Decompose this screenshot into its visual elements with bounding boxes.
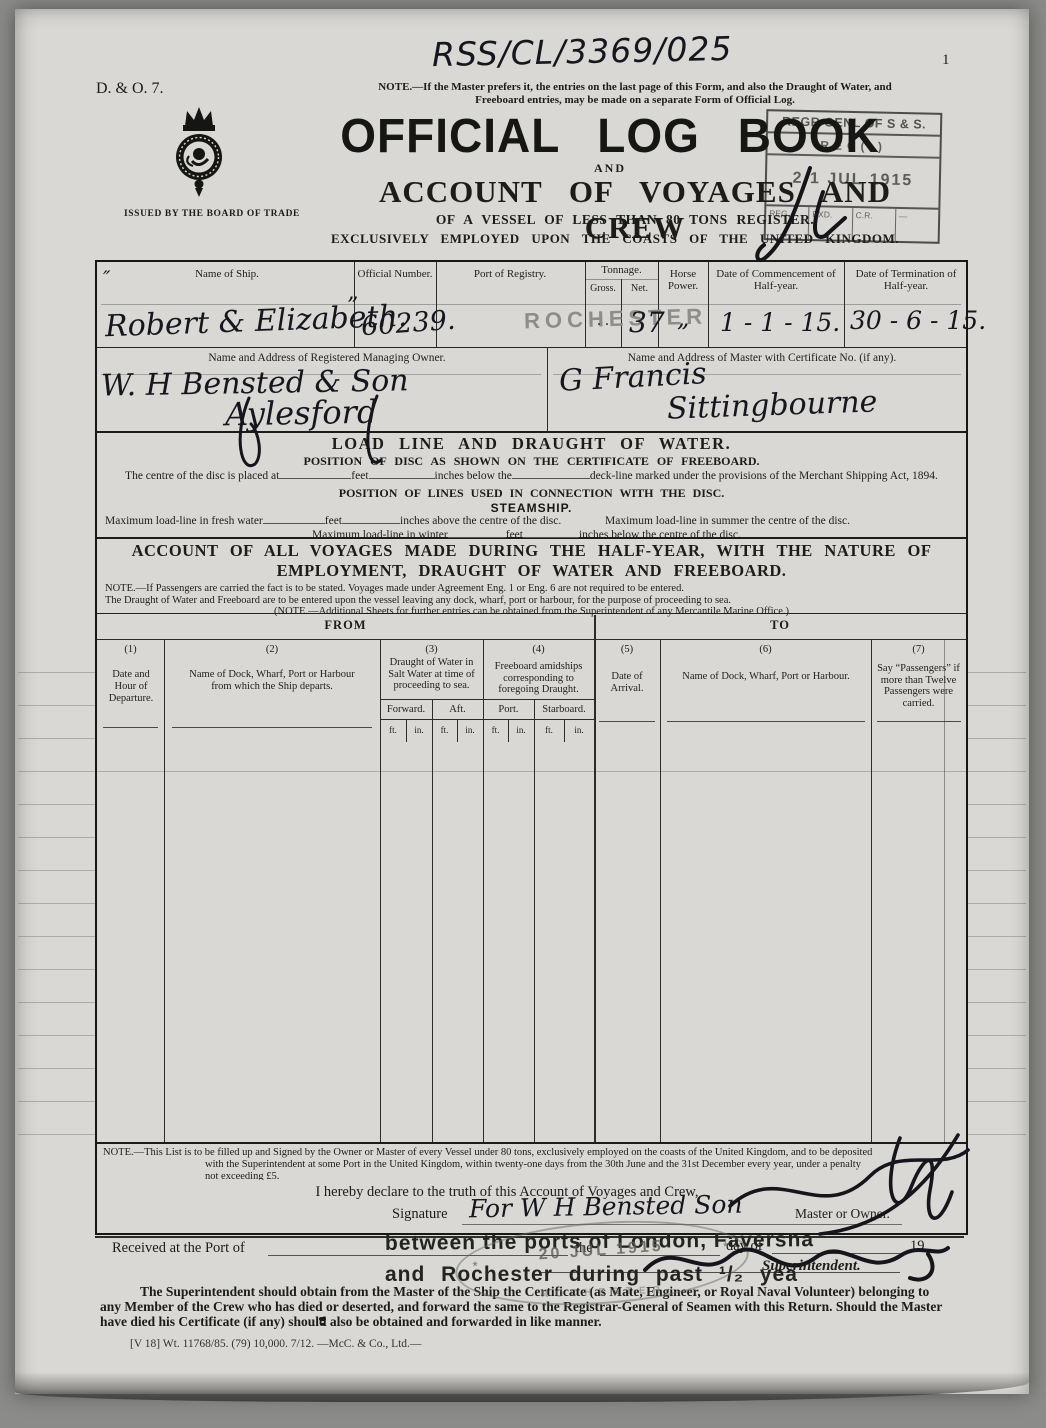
unit-in-3: in. bbox=[508, 725, 534, 735]
header-gross: Gross. bbox=[585, 283, 621, 294]
col6-label: Name of Dock, Wharf, Port or Harbour. bbox=[682, 671, 850, 683]
voyages-note3: (NOTE.—Additional Sheets for further ent… bbox=[97, 606, 966, 617]
col3-number: (3) bbox=[380, 644, 483, 655]
owner-label: Name and Address of Registered Managing … bbox=[117, 352, 537, 364]
fresh-post: inches above the centre of the disc. bbox=[400, 515, 561, 527]
col7-label: Say “Passengers” if more than Twelve Pas… bbox=[875, 663, 962, 709]
commencement-value: 1 - 1 - 15. bbox=[720, 308, 840, 337]
feet-label-2: feet bbox=[325, 515, 342, 527]
summer-line: Maximum load-line in summer the centre o… bbox=[605, 515, 850, 527]
termination-value: 30 - 6 - 15. bbox=[850, 306, 986, 335]
col4-sub-port: Port. bbox=[483, 704, 534, 715]
col6-number: (6) bbox=[660, 644, 871, 655]
header-net: Net. bbox=[621, 283, 658, 294]
master-address-value: Sittingbourne bbox=[666, 384, 877, 426]
col3-label: Draught of Water in Salt Water at time o… bbox=[383, 657, 480, 692]
signature-label: Signature bbox=[392, 1206, 448, 1223]
horse-power-ditto: „ bbox=[677, 304, 689, 332]
voyage-table: FROM TO (1) (2) (3) (4) (5) (6) (7) Date… bbox=[97, 615, 966, 1142]
main-title: OFFICIAL LOG BOOK bbox=[330, 107, 890, 164]
col2-number: (2) bbox=[164, 644, 380, 655]
master-owner-signature-scrawl bbox=[700, 1130, 980, 1242]
col4-label: Freeboard amidships corresponding to for… bbox=[486, 661, 591, 696]
col4-sub-starboard: Starboard. bbox=[534, 704, 594, 715]
unit-ft-1: ft. bbox=[380, 725, 406, 735]
disc-centre-mid: inches below the bbox=[435, 470, 512, 482]
voyages-note2: The Draught of Water and Freeboard are t… bbox=[105, 595, 961, 606]
voyages-heading-line2: EMPLOYMENT, DRAUGHT OF WATER AND FREEBOA… bbox=[97, 561, 966, 581]
owner-signature-descenders bbox=[217, 394, 417, 489]
unit-ft-2: ft. bbox=[432, 725, 457, 735]
top-note-line1: NOTE.—If the Master prefers it, the entr… bbox=[320, 81, 950, 93]
oval-stamp-star-left: * bbox=[472, 1259, 478, 1273]
to-group-header: TO bbox=[594, 618, 966, 633]
scanned-log-book-page: { "page": { "ref": "RSS/CL/3369/025", "p… bbox=[0, 0, 1046, 1428]
unit-in-1: in. bbox=[406, 725, 432, 735]
col7-number: (7) bbox=[871, 644, 966, 655]
page-number: 1 bbox=[942, 52, 950, 69]
col3-sub-aft: Aft. bbox=[432, 704, 483, 715]
col1-label: Date and Hour of Departure. bbox=[101, 669, 161, 705]
form-code: D. & O. 7. bbox=[96, 80, 164, 98]
col2-label: Name of Dock, Wharf, Port or Harbour fro… bbox=[182, 669, 362, 693]
col3-sub-forward: Forward. bbox=[380, 704, 432, 715]
printers-code: [V 18] Wt. 11768/85. (79) 10,000. 7/12. … bbox=[130, 1338, 421, 1350]
header-official-number: Official Number. bbox=[355, 268, 435, 280]
from-group-header: FROM bbox=[97, 618, 594, 633]
header-name-of-ship: Name of Ship. bbox=[157, 268, 297, 280]
col1-number: (1) bbox=[97, 644, 164, 655]
received-at-port-label: Received at the Port of bbox=[112, 1240, 245, 1257]
header-horse-power: Horse Power. bbox=[663, 268, 703, 292]
header-port-of-registry: Port of Registry. bbox=[437, 268, 583, 280]
fresh-pre: Maximum load-line in fresh water bbox=[105, 515, 263, 527]
ink-mark bbox=[319, 1317, 326, 1321]
header-commencement: Date of Commencement of Half-year. bbox=[714, 268, 838, 292]
official-number-value: 60239. bbox=[360, 305, 456, 343]
col4-number: (4) bbox=[483, 644, 594, 655]
pen-initials-squiggle bbox=[735, 158, 955, 268]
disc-centre-post: deck-line marked under the provisions of… bbox=[590, 470, 938, 482]
superintendent-label: Superintendent. bbox=[762, 1258, 861, 1275]
issued-by-caption: ISSUED BY THE BOARD OF TRADE bbox=[124, 209, 300, 219]
steamship-heading: STEAMSHIP. bbox=[97, 501, 966, 515]
col5-label: Date of Arrival. bbox=[597, 671, 657, 695]
net-tonnage-value: 37 bbox=[629, 306, 665, 339]
gross-tonnage-value: . . bbox=[597, 312, 609, 330]
col5-number: (5) bbox=[594, 644, 660, 655]
unit-ft-4: ft. bbox=[534, 725, 564, 735]
board-of-trade-crest-icon bbox=[163, 100, 235, 200]
unit-in-4: in. bbox=[564, 725, 594, 735]
voyages-heading-line1: ACCOUNT OF ALL VOYAGES MADE DURING THE H… bbox=[97, 541, 966, 561]
form-box: Name of Ship. Official Number. Port of R… bbox=[95, 260, 968, 1235]
voyages-note1: NOTE.—If Passengers are carried the fact… bbox=[105, 583, 961, 594]
superintendent-paragraph-line3: have died his Certificate (if any) shoul… bbox=[100, 1314, 800, 1330]
unit-in-2: in. bbox=[457, 725, 483, 735]
unit-ft-3: ft. bbox=[483, 725, 508, 735]
ship-particulars-row: Name of Ship. Official Number. Port of R… bbox=[97, 262, 966, 348]
archive-reference-handwritten: RSS/CL/3369/025 bbox=[432, 29, 733, 74]
top-note-line2: Freeboard entries, may be made on a sepa… bbox=[320, 94, 950, 106]
header-tonnage: Tonnage. bbox=[585, 264, 658, 276]
page-curl-shadow bbox=[15, 1372, 1029, 1402]
ditto-mark: ″ bbox=[103, 266, 110, 290]
fresh-water-line: Maximum load-line in fresh waterfeetinch… bbox=[105, 515, 965, 527]
voyages-heading-section: ACCOUNT OF ALL VOYAGES MADE DURING THE H… bbox=[97, 539, 966, 614]
header-termination: Date of Termination of Half-year. bbox=[848, 268, 964, 292]
ship-name-close-quote: ” bbox=[347, 294, 358, 319]
